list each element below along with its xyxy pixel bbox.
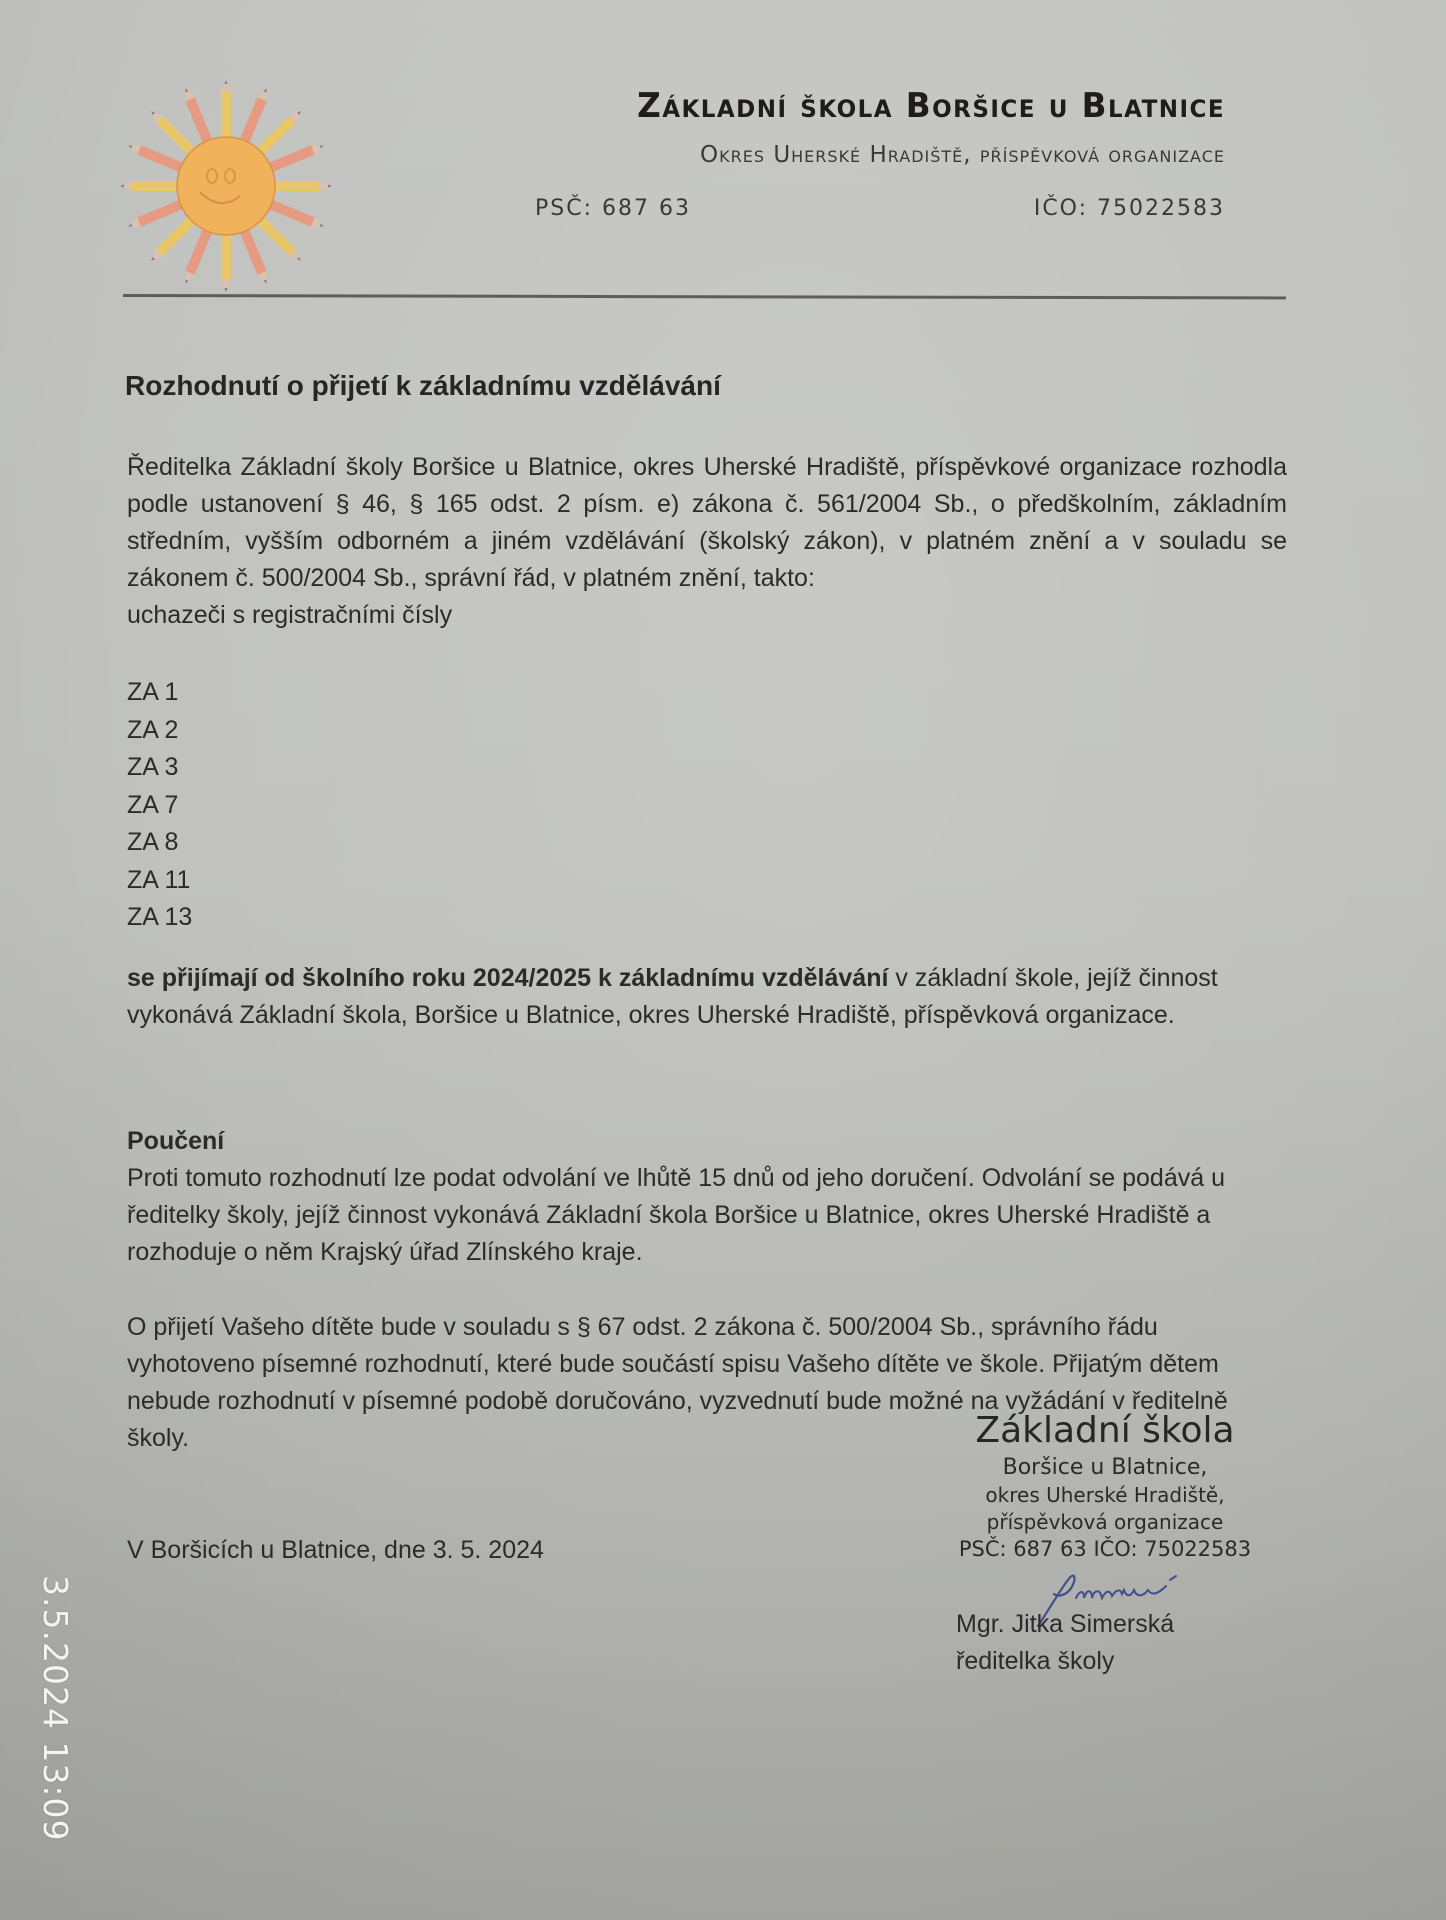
photo-timestamp: 3.5.2024 13:09 [35,1575,75,1865]
list-item: ZA 13 [127,899,192,937]
intro-text: Ředitelka Základní školy Boršice u Blatn… [127,449,1287,597]
school-stamp: Základní škola Boršice u Blatnice, okres… [930,1410,1280,1563]
list-item: ZA 1 [127,674,192,712]
intro-last-line: uchazeči s registračními čísly [127,597,1287,634]
postal-code: PSČ: 687 63 [535,196,691,221]
letterhead-divider [123,294,1286,299]
list-item: ZA 7 [127,787,192,825]
company-id: IČO: 75022583 [900,196,1225,221]
stamp-line: příspěvková organizace [930,1509,1280,1536]
place-date: V Boršicích u Blatnice, dne 3. 5. 2024 [127,1532,544,1569]
decision-paragraph: se přijímají od školního roku 2024/2025 … [127,960,1247,1034]
intro-paragraph: Ředitelka Základní školy Boršice u Blatn… [127,449,1287,634]
school-subtitle: Okres Uherské Hradiště, příspěvková orga… [530,142,1225,168]
sun-logo-icon [118,78,334,294]
stamp-line: okres Uherské Hradiště, [930,1482,1280,1509]
instruction-text: Proti tomuto rozhodnutí lze podat odvolá… [127,1160,1262,1271]
school-name: Základní škola Boršice u Blatnice [486,86,1225,126]
signatory-role: ředitelka školy [956,1643,1114,1680]
instruction-title: Poučení [127,1123,224,1160]
stamp-line: Základní škola [930,1410,1280,1452]
signatory-name: Mgr. Jitka Simerská [956,1606,1174,1643]
list-item: ZA 2 [127,712,192,750]
stamp-line: PSČ: 687 63 IČO: 75022583 [930,1536,1280,1563]
decision-bold: se přijímají od školního roku 2024/2025 … [127,964,888,992]
document-title: Rozhodnutí o přijetí k základnímu vzdělá… [125,367,721,404]
list-item: ZA 3 [127,749,192,787]
registration-number-list: ZA 1 ZA 2 ZA 3 ZA 7 ZA 8 ZA 11 ZA 13 [127,674,192,937]
list-item: ZA 8 [127,824,192,862]
list-item: ZA 11 [127,862,192,900]
stamp-line: Boršice u Blatnice, [930,1454,1280,1482]
photo-timestamp-text: 3.5.2024 13:09 [36,1575,75,1842]
